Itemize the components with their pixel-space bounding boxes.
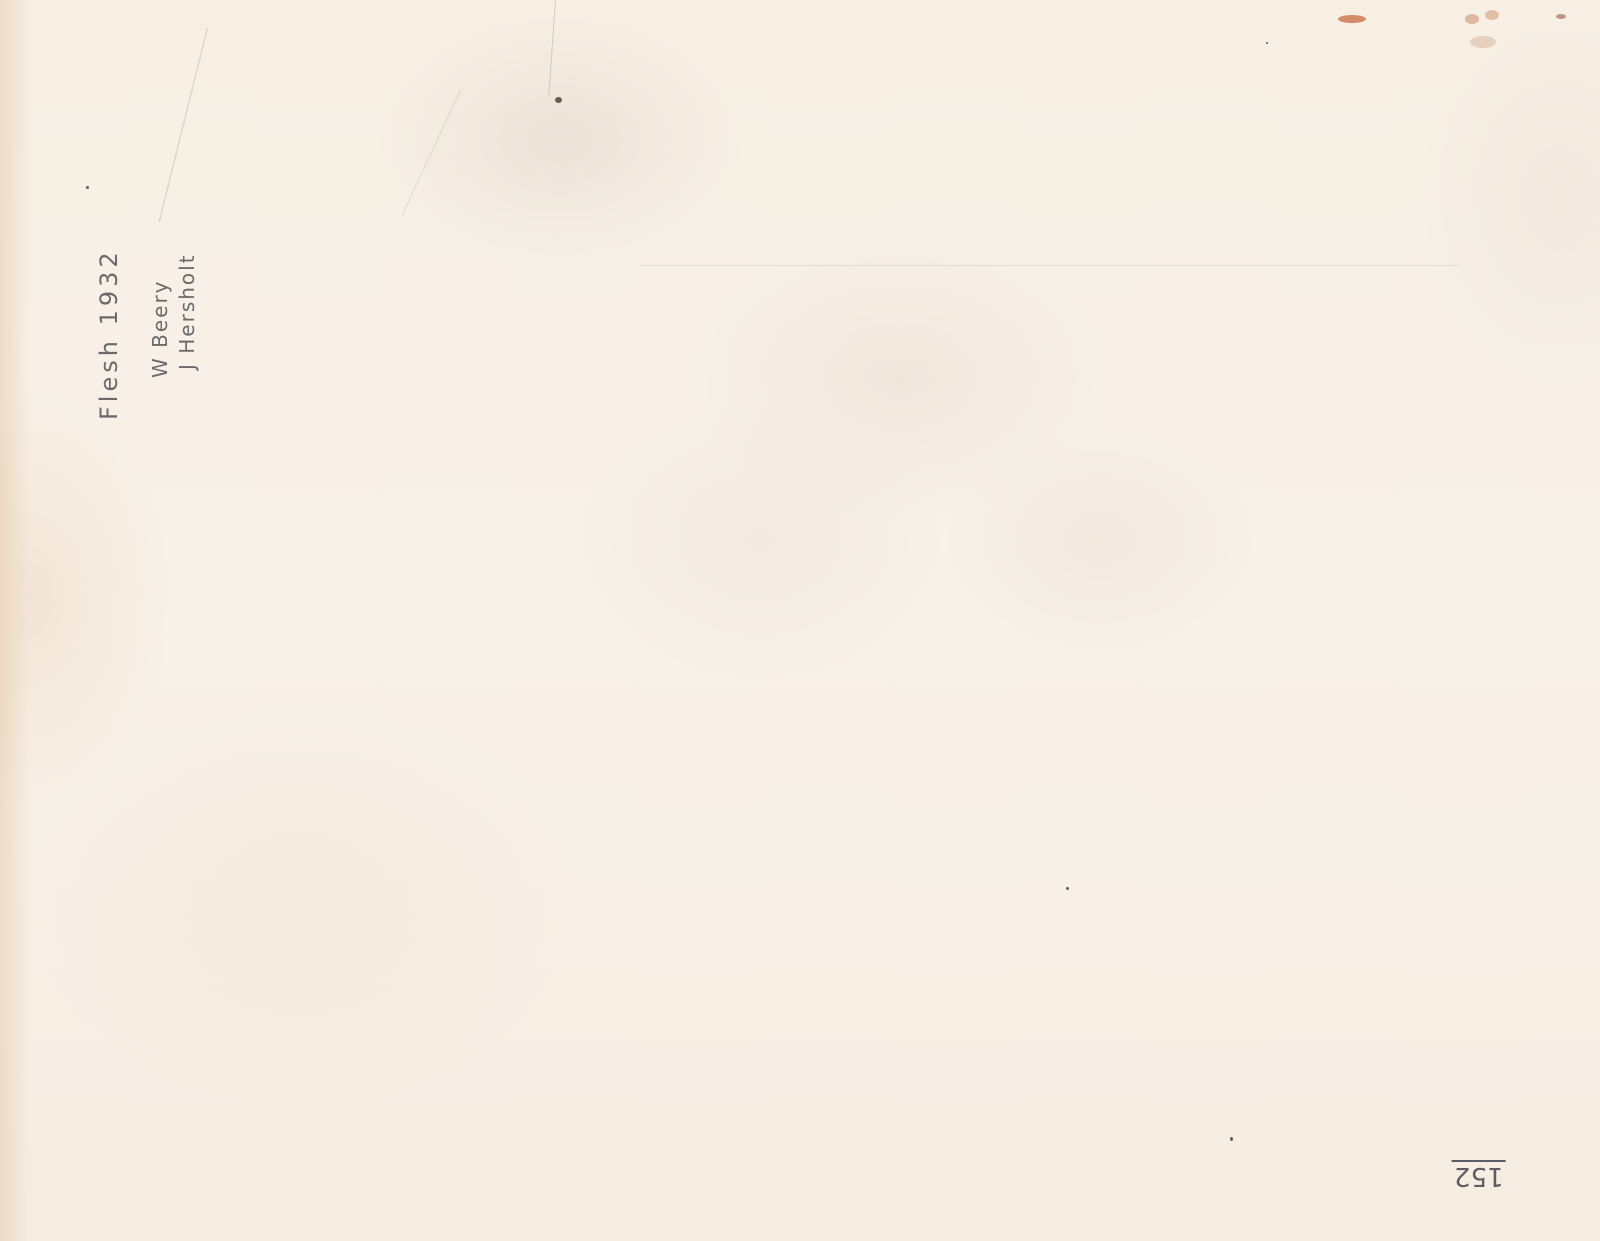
rust-stain xyxy=(1556,14,1566,19)
handwritten-number: 152 xyxy=(1452,1160,1506,1190)
handwritten-actor-1: W Beery xyxy=(148,279,172,378)
speck xyxy=(555,97,562,103)
photo-back-paper: Flesh 1932 W Beery J Hersholt 152 xyxy=(0,0,1600,1241)
speck xyxy=(86,186,89,189)
speck xyxy=(1230,1137,1233,1141)
aged-edge xyxy=(0,0,30,1241)
handwritten-title: Flesh 1932 xyxy=(95,248,123,420)
rust-stain xyxy=(1465,14,1479,24)
handwritten-actor-2: J Hersholt xyxy=(175,253,199,370)
faint-fold-line xyxy=(640,265,1460,266)
rust-stain xyxy=(1485,10,1499,20)
rust-stain xyxy=(1338,15,1366,23)
speck xyxy=(1066,887,1069,890)
paper-crease xyxy=(548,0,556,95)
paper-crease xyxy=(401,90,461,217)
rust-stain xyxy=(1470,36,1496,48)
speck xyxy=(1266,42,1268,44)
paper-crease xyxy=(159,28,208,222)
